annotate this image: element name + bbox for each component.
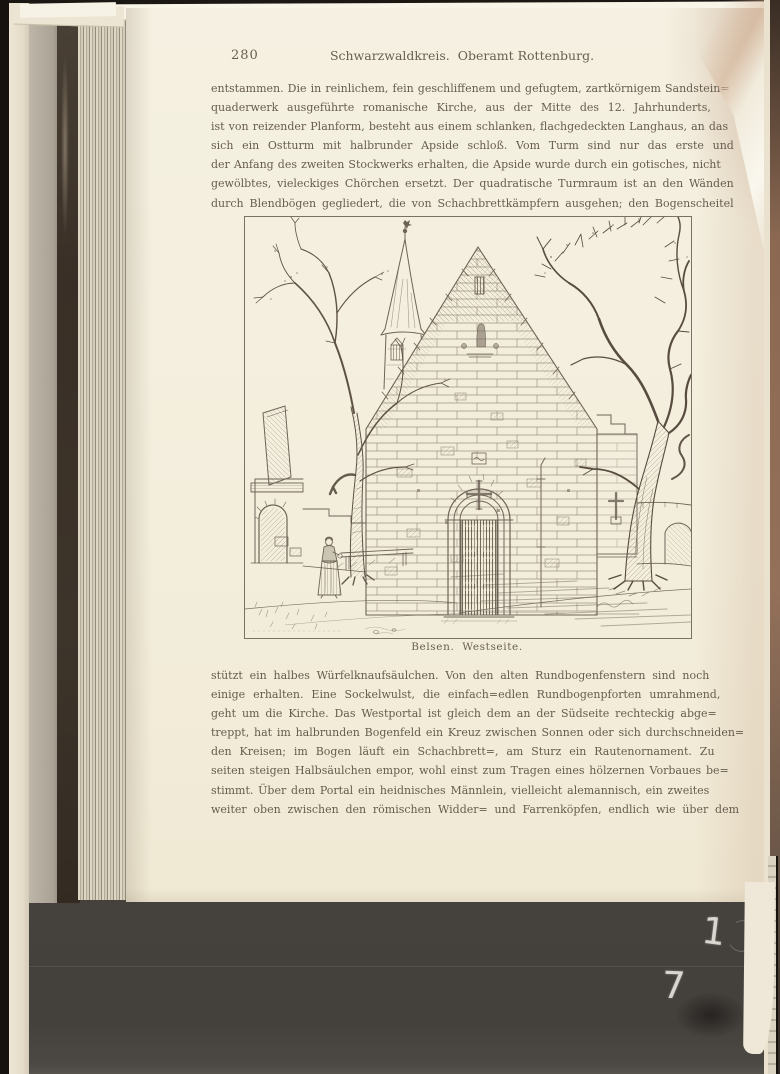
sheet-corner-front: [20, 2, 116, 18]
text-line: gewölbtes, vieleckiges Chörchen ersetzt.…: [211, 177, 723, 196]
text-line: sich ein Ostturm mit halbrunder Apside s…: [211, 139, 723, 158]
text-line: einige erhalten. Eine Sockelwulst, die e…: [211, 688, 723, 707]
figure-caption: Belsen. Westseite.: [244, 641, 690, 653]
book-cover-edge: [7, 3, 29, 1074]
text-line: quaderwerk ausgeführte romanische Kirche…: [211, 101, 723, 120]
text-line: treppt, hat im halbrunden Bogenfeld ein …: [211, 726, 723, 745]
text-line: den Kreisen; im Bogen läuft ein Schachbr…: [211, 745, 723, 764]
scanner-bed-left-strip: [0, 0, 9, 1074]
chalk-mark-1: 1: [699, 909, 728, 955]
text-line: stimmt. Über dem Portal ein heidnisches …: [211, 784, 723, 803]
book-spine-gray-band: [26, 10, 60, 903]
chalk-mark-2: 7: [661, 964, 686, 1008]
scanner-bed-bottom: 1 7: [16, 898, 780, 1074]
book-spine-dark-band: [57, 12, 80, 903]
paragraph-bottom: stützt ein halbes Würfelknaufsäulchen. V…: [211, 669, 723, 822]
book-page-edges: [78, 12, 128, 900]
text-line: durch Blendbögen gegliedert, die von Sch…: [211, 197, 723, 216]
text-line: seiten steigen Halbsäulchen empor, wohl …: [211, 764, 723, 783]
text-line: der Anfang des zweiten Stockwerks erhalt…: [211, 158, 723, 177]
running-title: Schwarzwaldkreis. Oberamt Rottenburg.: [330, 48, 594, 63]
text-line: geht um die Kirche. Das Westportal ist g…: [211, 707, 723, 726]
text-line: entstammen. Die in reinlichem, fein gesc…: [211, 82, 723, 101]
page-number: 280: [231, 48, 259, 63]
text-line: ist von reizender Planform, besteht aus …: [211, 120, 723, 139]
engraving-frame: [244, 216, 692, 639]
text-line: stützt ein halbes Würfelknaufsäulchen. V…: [211, 669, 723, 688]
book-page: 280 Schwarzwaldkreis. Oberamt Rottenburg…: [126, 8, 772, 902]
scratch-line: [16, 966, 780, 967]
paragraph-top: entstammen. Die in reinlichem, fein gesc…: [211, 82, 723, 216]
page-header: 280 Schwarzwaldkreis. Oberamt Rottenburg…: [211, 48, 713, 64]
text-line: weiter oben zwischen den römischen Widde…: [211, 803, 723, 822]
church-engraving-image: [245, 217, 691, 638]
